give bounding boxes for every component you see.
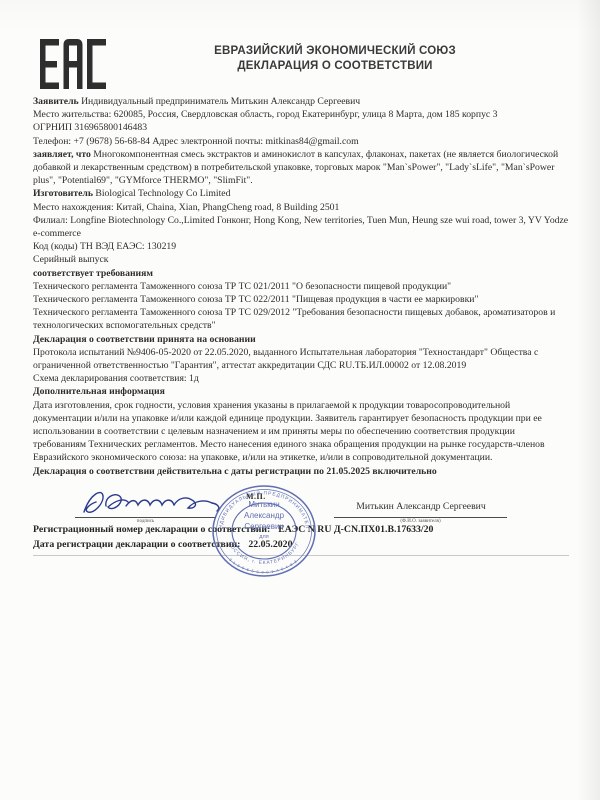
paragraph-line: Место нахождения: Китай, Chaina, Xian, P…	[33, 201, 570, 214]
paragraph-line: соответствует требованиям	[33, 267, 570, 280]
registration-date-value: 22.05.2020	[248, 539, 292, 550]
paragraph-line: Протокола испытаний №9406-05-2020 от 22.…	[33, 346, 570, 372]
stamp-place-label: М.П.	[246, 492, 266, 501]
stamp-center-line-1: Митькин	[248, 500, 279, 509]
paragraph-line: Изготовитель Biological Technology Co Li…	[33, 187, 570, 200]
registration-number-label: Регистрационный номер декларации о соотв…	[33, 524, 270, 535]
document-header: ЕВРАЗИЙСКИЙ ЭКОНОМИЧЕСКИЙ СОЮЗ ДЕКЛАРАЦИ…	[110, 44, 560, 74]
registration-number-line: Регистрационный номер декларации о соотв…	[33, 524, 570, 535]
paragraph-line: Серийный выпуск	[33, 253, 570, 266]
title-union: ЕВРАЗИЙСКИЙ ЭКОНОМИЧЕСКИЙ СОЮЗ	[110, 44, 560, 59]
paragraph-line: Место жительства: 620085, Россия, Свердл…	[33, 108, 570, 121]
paragraph-line: Код (коды) ТН ВЭД ЕАЭС: 130219	[33, 240, 570, 253]
paragraph-line: Схема декларирования соответствия: 1д	[33, 372, 570, 385]
title-declaration: ДЕКЛАРАЦИЯ О СООТВЕТСТВИИ	[110, 59, 560, 74]
paragraph-line: Телефон: +7 (9678) 56-68-84 Адрес электр…	[33, 135, 570, 148]
paragraph-line: Технического регламента Таможенного союз…	[33, 306, 570, 332]
registration-date-label: Дата регистрации декларации о соответств…	[33, 539, 240, 550]
paragraph-line: Заявитель Индивидуальный предприниматель…	[33, 95, 570, 108]
paragraph-line: Технического регламента Таможенного союз…	[33, 293, 570, 306]
declaration-document: ЕВРАЗИЙСКИЙ ЭКОНОМИЧЕСКИЙ СОЮЗ ДЕКЛАРАЦИ…	[0, 0, 600, 800]
signature-line	[75, 517, 216, 518]
paragraph-line: Дополнительная информация	[33, 385, 570, 398]
eac-logo-glyphs	[40, 38, 106, 90]
registration-number-value: ЕАЭС N RU Д-CN.ПХ01.В.17633/20	[278, 524, 433, 535]
applicant-name-line	[334, 517, 507, 518]
paragraph-line: Дата изготовления, срок годности, услови…	[33, 399, 570, 465]
eac-logo	[40, 38, 106, 90]
paragraph-line: Технического регламента Таможенного союз…	[33, 280, 570, 293]
paragraph-line: ОГРНИП 316965800146483	[33, 121, 570, 134]
document-body: Заявитель Индивидуальный предприниматель…	[33, 95, 570, 478]
bottom-rule	[33, 555, 569, 556]
registration-date-line: Дата регистрации декларации о соответств…	[33, 539, 570, 550]
paragraph-line: Декларация о соответствии действительна …	[33, 465, 570, 478]
paragraph-line: заявляет, что Многокомпонентная смесь эк…	[33, 148, 570, 188]
paragraph-line: Филиал: Longfine Biotechnology Co.,Limit…	[33, 214, 570, 240]
stamp-outer-digits: 316965800146483	[228, 558, 300, 575]
applicant-name: Митькин Александр Сергеевич	[330, 501, 512, 512]
handwritten-signature	[70, 486, 226, 520]
paragraph-line: Декларация о соответствии принята на осн…	[33, 333, 570, 346]
stamp-center-line-2: Александр	[244, 511, 285, 520]
